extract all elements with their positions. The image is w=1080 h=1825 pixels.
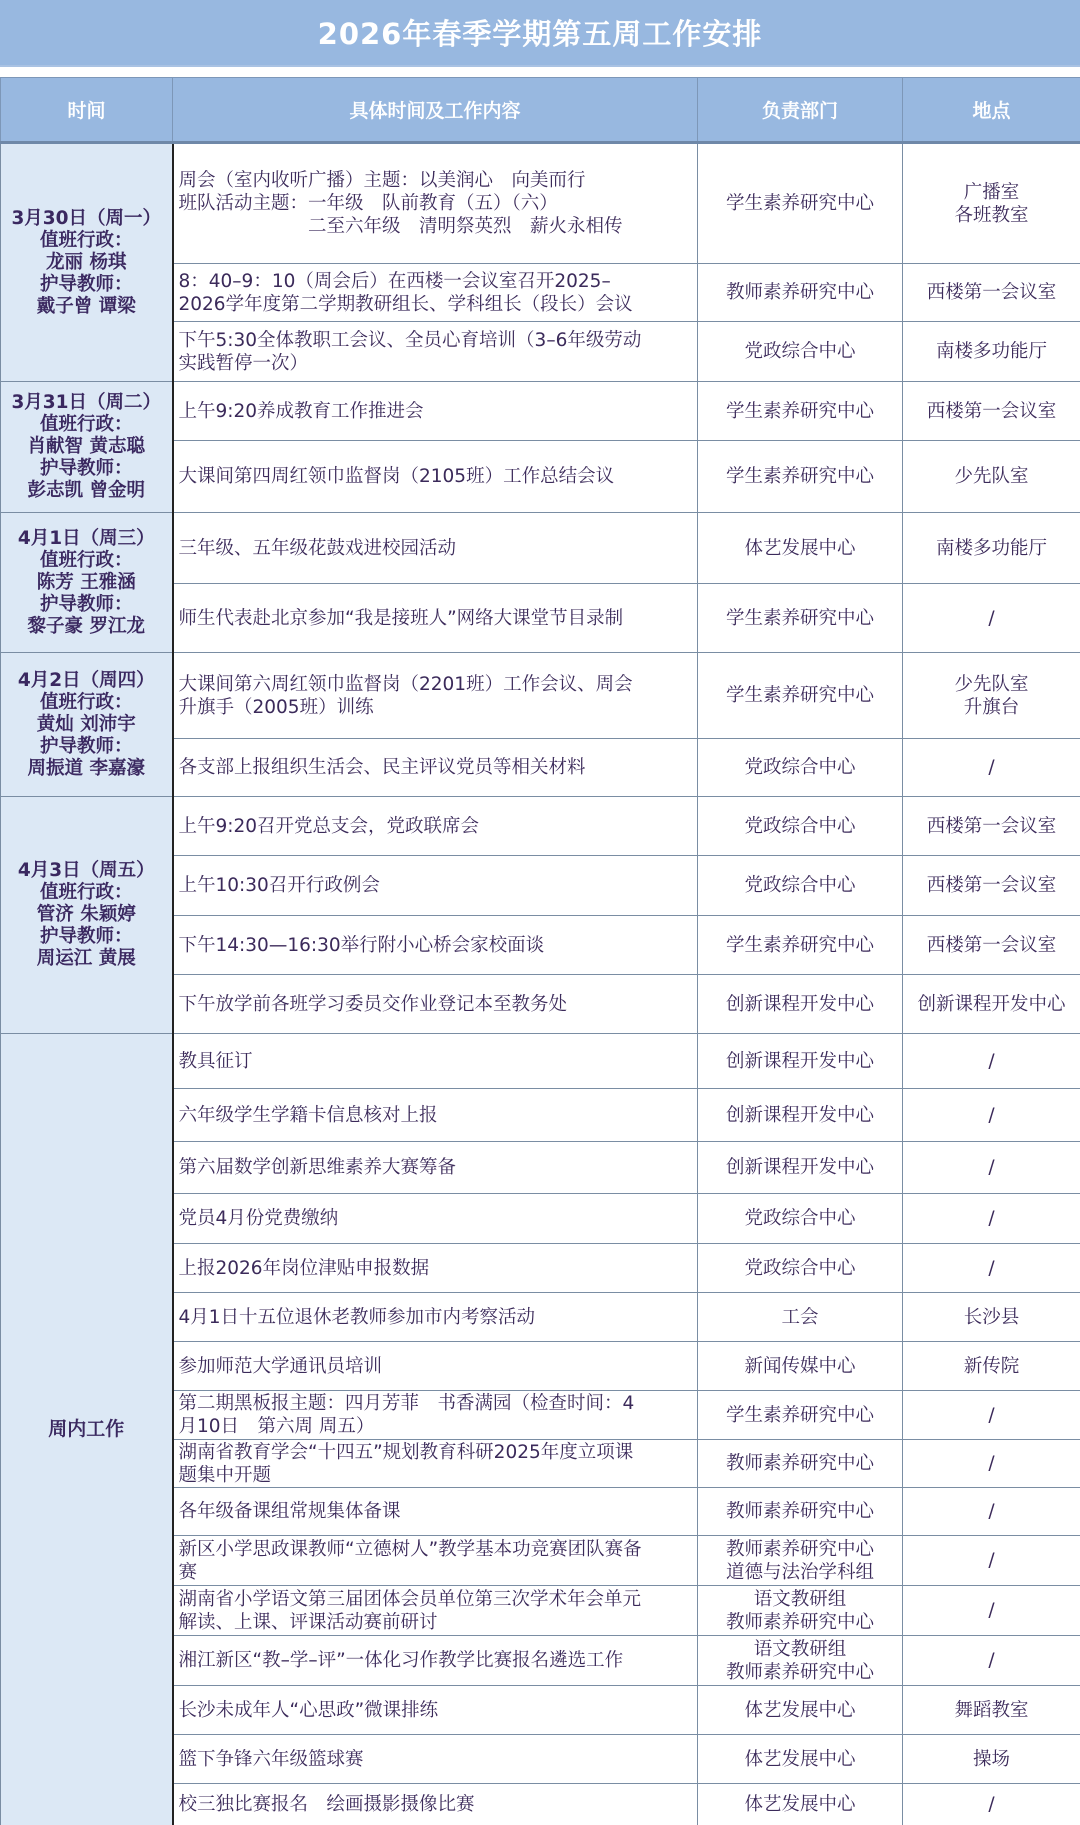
location-cell-line: 西楼第一会议室 bbox=[905, 874, 1078, 897]
department-cell: 党政综合中心 bbox=[698, 739, 903, 797]
location-cell: / bbox=[903, 1089, 1080, 1142]
table-row: 4月3日（周五）值班行政：管济 朱颖婷护导教师：周运江 黄展上午9:20召开党总… bbox=[1, 797, 1080, 856]
department-cell-line: 党政综合中心 bbox=[700, 815, 900, 838]
content-cell: 长沙未成年人“心思政”微课排练 bbox=[173, 1686, 698, 1735]
day-label-line: 值班行政： bbox=[1, 414, 172, 436]
content-cell: 第二期黑板报主题：四月芳菲 书香满园（检查时间：4月10日 第六周 周五） bbox=[173, 1391, 698, 1440]
content-cell: 周会（室内收听广播）主题：以美润心 向美而行班队活动主题：一年级 队前教育（五）… bbox=[173, 143, 698, 264]
day-label-line: 周运江 黄展 bbox=[1, 948, 172, 970]
location-cell: 南楼多功能厅 bbox=[903, 322, 1080, 382]
department-cell-line: 学生素养研究中心 bbox=[700, 465, 900, 488]
content-cell-line: 上报2026年岗位津贴申报数据 bbox=[179, 1257, 694, 1280]
content-cell-line: 月10日 第六周 周五） bbox=[179, 1415, 694, 1438]
department-cell: 创新课程开发中心 bbox=[698, 1089, 903, 1142]
location-cell: 西楼第一会议室 bbox=[903, 856, 1080, 916]
content-cell-line: 下午5:30全体教职工会议、全员心育培训（3–6年级劳动 bbox=[179, 329, 694, 352]
content-cell-line: 党员4月份党费缴纳 bbox=[179, 1207, 694, 1230]
header-department: 负责部门 bbox=[698, 78, 903, 143]
department-cell: 体艺发展中心 bbox=[698, 1784, 903, 1825]
department-cell: 党政综合中心 bbox=[698, 1244, 903, 1293]
day-label-line: 周内工作 bbox=[1, 1418, 172, 1441]
location-cell-line: 西楼第一会议室 bbox=[905, 934, 1078, 957]
location-cell-line: / bbox=[905, 1452, 1078, 1475]
location-cell-line: 南楼多功能厅 bbox=[905, 537, 1078, 560]
department-cell: 新闻传媒中心 bbox=[698, 1342, 903, 1391]
header-content: 具体时间及工作内容 bbox=[173, 78, 698, 143]
day-cell: 4月3日（周五）值班行政：管济 朱颖婷护导教师：周运江 黄展 bbox=[1, 797, 173, 1034]
department-cell: 党政综合中心 bbox=[698, 322, 903, 382]
location-cell-line: 少先队室 bbox=[905, 673, 1078, 696]
department-cell-line: 学生素养研究中心 bbox=[700, 684, 900, 707]
page-title: 2026年春季学期第五周工作安排 bbox=[0, 0, 1080, 65]
department-cell-line: 语文教研组 bbox=[700, 1588, 900, 1611]
schedule-table: 时间 具体时间及工作内容 负责部门 地点 3月30日（周一）值班行政：龙丽 杨琪… bbox=[0, 77, 1080, 1825]
header-location: 地点 bbox=[903, 78, 1080, 143]
department-cell: 创新课程开发中心 bbox=[698, 1142, 903, 1194]
content-cell: 湖南省教育学会“十四五”规划教育科研2025年度立项课题集中开题 bbox=[173, 1440, 698, 1488]
content-cell-line: 2026学年度第二学期教研组长、学科组长（段长）会议 bbox=[179, 293, 694, 316]
content-cell-line: 三年级、五年级花鼓戏进校园活动 bbox=[179, 537, 694, 560]
content-cell-line: 下午14:30—16:30举行附小心桥会家校面谈 bbox=[179, 934, 694, 957]
day-label-line: 戴子曾 谭梁 bbox=[1, 296, 172, 318]
day-label-line: 管济 朱颖婷 bbox=[1, 904, 172, 926]
department-cell-line: 教师素养研究中心 bbox=[700, 281, 900, 304]
location-cell-line: / bbox=[905, 1257, 1078, 1280]
content-cell-line: 上午9:20召开党总支会，党政联席会 bbox=[179, 815, 694, 838]
location-cell: / bbox=[903, 1142, 1080, 1194]
day-label-line: 值班行政： bbox=[1, 882, 172, 904]
location-cell: / bbox=[903, 1391, 1080, 1440]
department-cell: 学生素养研究中心 bbox=[698, 441, 903, 513]
department-cell: 体艺发展中心 bbox=[698, 1735, 903, 1784]
content-cell: 下午5:30全体教职工会议、全员心育培训（3–6年级劳动实践暂停一次） bbox=[173, 322, 698, 382]
location-cell-line: 西楼第一会议室 bbox=[905, 400, 1078, 423]
table-row: 4月1日（周三）值班行政：陈芳 王雅涵护导教师：黎子豪 罗江龙三年级、五年级花鼓… bbox=[1, 513, 1080, 584]
location-cell: / bbox=[903, 1440, 1080, 1488]
content-cell: 六年级学生学籍卡信息核对上报 bbox=[173, 1089, 698, 1142]
content-cell: 上报2026年岗位津贴申报数据 bbox=[173, 1244, 698, 1293]
department-cell-line: 教师素养研究中心 bbox=[700, 1538, 900, 1561]
location-cell: 创新课程开发中心 bbox=[903, 975, 1080, 1034]
day-label-line: 彭志凯 曾金明 bbox=[1, 480, 172, 502]
location-cell-line: 各班教室 bbox=[905, 204, 1078, 227]
location-cell: / bbox=[903, 1194, 1080, 1244]
location-cell-line: 少先队室 bbox=[905, 465, 1078, 488]
content-cell: 上午10:30召开行政例会 bbox=[173, 856, 698, 916]
day-label-line: 3月30日（周一） bbox=[1, 208, 172, 230]
table-row: 周内工作教具征订创新课程开发中心/ bbox=[1, 1034, 1080, 1089]
content-cell: 校三独比赛报名 绘画摄影摄像比赛 bbox=[173, 1784, 698, 1825]
content-cell-line: 篮下争锋六年级篮球赛 bbox=[179, 1748, 694, 1771]
content-cell: 教具征订 bbox=[173, 1034, 698, 1089]
department-cell-line: 党政综合中心 bbox=[700, 1257, 900, 1280]
location-cell: / bbox=[903, 584, 1080, 653]
department-cell: 教师素养研究中心 bbox=[698, 1440, 903, 1488]
department-cell-line: 教师素养研究中心 bbox=[700, 1452, 900, 1475]
location-cell-line: 升旗台 bbox=[905, 696, 1078, 719]
department-cell-line: 体艺发展中心 bbox=[700, 1699, 900, 1722]
content-cell: 参加师范大学通讯员培训 bbox=[173, 1342, 698, 1391]
table-row: 3月30日（周一）值班行政：龙丽 杨琪护导教师：戴子曾 谭梁周会（室内收听广播）… bbox=[1, 143, 1080, 264]
location-cell: / bbox=[903, 1784, 1080, 1825]
location-cell: / bbox=[903, 1586, 1080, 1636]
day-label-line: 护导教师： bbox=[1, 594, 172, 616]
location-cell: / bbox=[903, 1244, 1080, 1293]
department-cell: 体艺发展中心 bbox=[698, 1686, 903, 1735]
location-cell: 少先队室 bbox=[903, 441, 1080, 513]
department-cell: 学生素养研究中心 bbox=[698, 382, 903, 441]
content-cell-line: 解读、上课、评课活动赛前研讨 bbox=[179, 1611, 694, 1634]
department-cell-line: 新闻传媒中心 bbox=[700, 1355, 900, 1378]
content-cell-line: 4月1日十五位退休老教师参加市内考察活动 bbox=[179, 1306, 694, 1329]
content-cell: 新区小学思政课教师“立德树人”教学基本功竞赛团队赛备赛 bbox=[173, 1536, 698, 1586]
content-cell: 师生代表赴北京参加“我是接班人”网络大课堂节目录制 bbox=[173, 584, 698, 653]
content-cell: 大课间第六周红领巾监督岗（2201班）工作会议、周会升旗手（2005班）训练 bbox=[173, 653, 698, 739]
content-cell: 三年级、五年级花鼓戏进校园活动 bbox=[173, 513, 698, 584]
department-cell-line: 工会 bbox=[700, 1306, 900, 1329]
day-label-line: 周振道 李嘉濠 bbox=[1, 758, 172, 780]
day-label-line: 4月3日（周五） bbox=[1, 860, 172, 882]
day-label-line: 值班行政： bbox=[1, 692, 172, 714]
location-cell: / bbox=[903, 1636, 1080, 1686]
location-cell-line: / bbox=[905, 1599, 1078, 1622]
content-cell: 下午14:30—16:30举行附小心桥会家校面谈 bbox=[173, 916, 698, 975]
department-cell: 创新课程开发中心 bbox=[698, 975, 903, 1034]
content-cell: 各支部上报组织生活会、民主评议党员等相关材料 bbox=[173, 739, 698, 797]
content-cell-line: 大课间第四周红领巾监督岗（2105班）工作总结会议 bbox=[179, 465, 694, 488]
content-cell-line: 周会（室内收听广播）主题：以美润心 向美而行 bbox=[179, 169, 694, 192]
location-cell-line: 广播室 bbox=[905, 181, 1078, 204]
department-cell-line: 教师素养研究中心 bbox=[700, 1661, 900, 1684]
department-cell: 教师素养研究中心道德与法治学科组 bbox=[698, 1536, 903, 1586]
day-label-line: 陈芳 王雅涵 bbox=[1, 572, 172, 594]
location-cell-line: / bbox=[905, 1050, 1078, 1073]
content-cell-line: 题集中开题 bbox=[179, 1464, 694, 1487]
content-cell-line: 大课间第六周红领巾监督岗（2201班）工作会议、周会 bbox=[179, 673, 694, 696]
location-cell: 西楼第一会议室 bbox=[903, 797, 1080, 856]
location-cell-line: 新传院 bbox=[905, 1355, 1078, 1378]
day-label-line: 3月31日（周二） bbox=[1, 392, 172, 414]
department-cell-line: 学生素养研究中心 bbox=[700, 607, 900, 630]
department-cell-line: 体艺发展中心 bbox=[700, 537, 900, 560]
department-cell-line: 党政综合中心 bbox=[700, 340, 900, 363]
table-body: 3月30日（周一）值班行政：龙丽 杨琪护导教师：戴子曾 谭梁周会（室内收听广播）… bbox=[1, 143, 1080, 1825]
location-cell: 舞蹈教室 bbox=[903, 1686, 1080, 1735]
department-cell-line: 创新课程开发中心 bbox=[700, 1050, 900, 1073]
title-separator bbox=[0, 65, 1080, 77]
location-cell-line: 操场 bbox=[905, 1748, 1078, 1771]
location-cell-line: / bbox=[905, 1156, 1078, 1179]
department-cell-line: 创新课程开发中心 bbox=[700, 993, 900, 1016]
content-cell-line: 二至六年级 清明祭英烈 薪火永相传 bbox=[179, 215, 694, 238]
department-cell: 学生素养研究中心 bbox=[698, 584, 903, 653]
location-cell-line: / bbox=[905, 756, 1078, 779]
department-cell: 语文教研组教师素养研究中心 bbox=[698, 1636, 903, 1686]
location-cell-line: 西楼第一会议室 bbox=[905, 815, 1078, 838]
content-cell: 第六届数学创新思维素养大赛筹备 bbox=[173, 1142, 698, 1194]
content-cell: 湘江新区“教–学–评”一体化习作教学比赛报名遴选工作 bbox=[173, 1636, 698, 1686]
department-cell-line: 创新课程开发中心 bbox=[700, 1104, 900, 1127]
day-label-line: 护导教师： bbox=[1, 736, 172, 758]
day-cell: 4月2日（周四）值班行政：黄灿 刘沛宇护导教师：周振道 李嘉濠 bbox=[1, 653, 173, 797]
department-cell-line: 创新课程开发中心 bbox=[700, 1156, 900, 1179]
header-time: 时间 bbox=[1, 78, 173, 143]
content-cell: 8：40–9：10（周会后）在西楼一会议室召开2025–2026学年度第二学期教… bbox=[173, 264, 698, 322]
location-cell-line: / bbox=[905, 1649, 1078, 1672]
department-cell: 党政综合中心 bbox=[698, 797, 903, 856]
content-cell: 篮下争锋六年级篮球赛 bbox=[173, 1735, 698, 1784]
content-cell-line: 班队活动主题：一年级 队前教育（五）（六） bbox=[179, 192, 694, 215]
content-cell-line: 上午9:20养成教育工作推进会 bbox=[179, 400, 694, 423]
day-label-line: 黄灿 刘沛宇 bbox=[1, 714, 172, 736]
day-cell: 3月30日（周一）值班行政：龙丽 杨琪护导教师：戴子曾 谭梁 bbox=[1, 143, 173, 382]
table-header-row: 时间 具体时间及工作内容 负责部门 地点 bbox=[1, 78, 1080, 143]
location-cell-line: 创新课程开发中心 bbox=[905, 993, 1078, 1016]
department-cell-line: 教师素养研究中心 bbox=[700, 1611, 900, 1634]
content-cell-line: 新区小学思政课教师“立德树人”教学基本功竞赛团队赛备 bbox=[179, 1538, 694, 1561]
location-cell: 少先队室升旗台 bbox=[903, 653, 1080, 739]
content-cell-line: 赛 bbox=[179, 1561, 694, 1584]
location-cell: 南楼多功能厅 bbox=[903, 513, 1080, 584]
content-cell: 下午放学前各班学习委员交作业登记本至教务处 bbox=[173, 975, 698, 1034]
day-label-line: 4月2日（周四） bbox=[1, 670, 172, 692]
location-cell-line: 西楼第一会议室 bbox=[905, 281, 1078, 304]
department-cell-line: 教师素养研究中心 bbox=[700, 1500, 900, 1523]
location-cell: / bbox=[903, 1536, 1080, 1586]
content-cell-line: 湖南省教育学会“十四五”规划教育科研2025年度立项课 bbox=[179, 1441, 694, 1464]
day-label-line: 值班行政： bbox=[1, 230, 172, 252]
department-cell: 党政综合中心 bbox=[698, 856, 903, 916]
location-cell-line: / bbox=[905, 1207, 1078, 1230]
day-label-line: 护导教师： bbox=[1, 458, 172, 480]
day-label-line: 龙丽 杨琪 bbox=[1, 252, 172, 274]
department-cell-line: 体艺发展中心 bbox=[700, 1748, 900, 1771]
location-cell: / bbox=[903, 1034, 1080, 1089]
location-cell-line: / bbox=[905, 607, 1078, 630]
location-cell: / bbox=[903, 739, 1080, 797]
department-cell-line: 学生素养研究中心 bbox=[700, 1404, 900, 1427]
department-cell: 学生素养研究中心 bbox=[698, 143, 903, 264]
location-cell-line: / bbox=[905, 1104, 1078, 1127]
content-cell-line: 各年级备课组常规集体备课 bbox=[179, 1500, 694, 1523]
content-cell-line: 六年级学生学籍卡信息核对上报 bbox=[179, 1104, 694, 1127]
content-cell-line: 第六届数学创新思维素养大赛筹备 bbox=[179, 1156, 694, 1179]
location-cell-line: 舞蹈教室 bbox=[905, 1699, 1078, 1722]
content-cell-line: 师生代表赴北京参加“我是接班人”网络大课堂节目录制 bbox=[179, 607, 694, 630]
content-cell-line: 各支部上报组织生活会、民主评议党员等相关材料 bbox=[179, 756, 694, 779]
day-cell: 4月1日（周三）值班行政：陈芳 王雅涵护导教师：黎子豪 罗江龙 bbox=[1, 513, 173, 653]
content-cell: 4月1日十五位退休老教师参加市内考察活动 bbox=[173, 1293, 698, 1342]
department-cell-line: 学生素养研究中心 bbox=[700, 934, 900, 957]
location-cell-line: 南楼多功能厅 bbox=[905, 340, 1078, 363]
location-cell: 操场 bbox=[903, 1735, 1080, 1784]
department-cell: 教师素养研究中心 bbox=[698, 1488, 903, 1536]
location-cell: 新传院 bbox=[903, 1342, 1080, 1391]
content-cell-line: 上午10:30召开行政例会 bbox=[179, 874, 694, 897]
department-cell: 教师素养研究中心 bbox=[698, 264, 903, 322]
department-cell: 语文教研组教师素养研究中心 bbox=[698, 1586, 903, 1636]
content-cell-line: 教具征订 bbox=[179, 1050, 694, 1073]
department-cell: 创新课程开发中心 bbox=[698, 1034, 903, 1089]
department-cell-line: 学生素养研究中心 bbox=[700, 400, 900, 423]
department-cell: 学生素养研究中心 bbox=[698, 653, 903, 739]
content-cell: 各年级备课组常规集体备课 bbox=[173, 1488, 698, 1536]
location-cell: / bbox=[903, 1488, 1080, 1536]
content-cell: 大课间第四周红领巾监督岗（2105班）工作总结会议 bbox=[173, 441, 698, 513]
day-cell: 周内工作 bbox=[1, 1034, 173, 1825]
department-cell: 学生素养研究中心 bbox=[698, 916, 903, 975]
content-cell-line: 8：40–9：10（周会后）在西楼一会议室召开2025– bbox=[179, 270, 694, 293]
location-cell-line: / bbox=[905, 1500, 1078, 1523]
department-cell-line: 学生素养研究中心 bbox=[700, 192, 900, 215]
department-cell: 学生素养研究中心 bbox=[698, 1391, 903, 1440]
content-cell: 党员4月份党费缴纳 bbox=[173, 1194, 698, 1244]
content-cell-line: 升旗手（2005班）训练 bbox=[179, 696, 694, 719]
content-cell-line: 湘江新区“教–学–评”一体化习作教学比赛报名遴选工作 bbox=[179, 1649, 694, 1672]
content-cell-line: 第二期黑板报主题：四月芳菲 书香满园（检查时间：4 bbox=[179, 1392, 694, 1415]
location-cell: 广播室各班教室 bbox=[903, 143, 1080, 264]
day-cell: 3月31日（周二）值班行政：肖献智 黄志聪护导教师：彭志凯 曾金明 bbox=[1, 382, 173, 513]
location-cell-line: / bbox=[905, 1793, 1078, 1816]
location-cell-line: / bbox=[905, 1549, 1078, 1572]
department-cell-line: 党政综合中心 bbox=[700, 756, 900, 779]
content-cell-line: 下午放学前各班学习委员交作业登记本至教务处 bbox=[179, 993, 694, 1016]
day-label-line: 肖献智 黄志聪 bbox=[1, 436, 172, 458]
content-cell: 上午9:20召开党总支会，党政联席会 bbox=[173, 797, 698, 856]
department-cell: 工会 bbox=[698, 1293, 903, 1342]
content-cell: 湖南省小学语文第三届团体会员单位第三次学术年会单元解读、上课、评课活动赛前研讨 bbox=[173, 1586, 698, 1636]
location-cell: 西楼第一会议室 bbox=[903, 382, 1080, 441]
day-label-line: 护导教师： bbox=[1, 274, 172, 296]
location-cell: 长沙县 bbox=[903, 1293, 1080, 1342]
day-label-line: 护导教师： bbox=[1, 926, 172, 948]
content-cell-line: 长沙未成年人“心思政”微课排练 bbox=[179, 1699, 694, 1722]
location-cell: 西楼第一会议室 bbox=[903, 916, 1080, 975]
location-cell: 西楼第一会议室 bbox=[903, 264, 1080, 322]
location-cell-line: 长沙县 bbox=[905, 1306, 1078, 1329]
day-label-line: 值班行政： bbox=[1, 550, 172, 572]
department-cell-line: 党政综合中心 bbox=[700, 1207, 900, 1230]
department-cell-line: 体艺发展中心 bbox=[700, 1793, 900, 1816]
department-cell: 党政综合中心 bbox=[698, 1194, 903, 1244]
content-cell-line: 校三独比赛报名 绘画摄影摄像比赛 bbox=[179, 1793, 694, 1816]
content-cell-line: 参加师范大学通讯员培训 bbox=[179, 1355, 694, 1378]
department-cell-line: 语文教研组 bbox=[700, 1638, 900, 1661]
content-cell-line: 实践暂停一次） bbox=[179, 352, 694, 375]
table-row: 4月2日（周四）值班行政：黄灿 刘沛宇护导教师：周振道 李嘉濠大课间第六周红领巾… bbox=[1, 653, 1080, 739]
department-cell: 体艺发展中心 bbox=[698, 513, 903, 584]
table-row: 3月31日（周二）值班行政：肖献智 黄志聪护导教师：彭志凯 曾金明上午9:20养… bbox=[1, 382, 1080, 441]
department-cell-line: 党政综合中心 bbox=[700, 874, 900, 897]
content-cell-line: 湖南省小学语文第三届团体会员单位第三次学术年会单元 bbox=[179, 1588, 694, 1611]
day-label-line: 黎子豪 罗江龙 bbox=[1, 616, 172, 638]
location-cell-line: / bbox=[905, 1404, 1078, 1427]
content-cell: 上午9:20养成教育工作推进会 bbox=[173, 382, 698, 441]
day-label-line: 4月1日（周三） bbox=[1, 528, 172, 550]
department-cell-line: 道德与法治学科组 bbox=[700, 1561, 900, 1584]
